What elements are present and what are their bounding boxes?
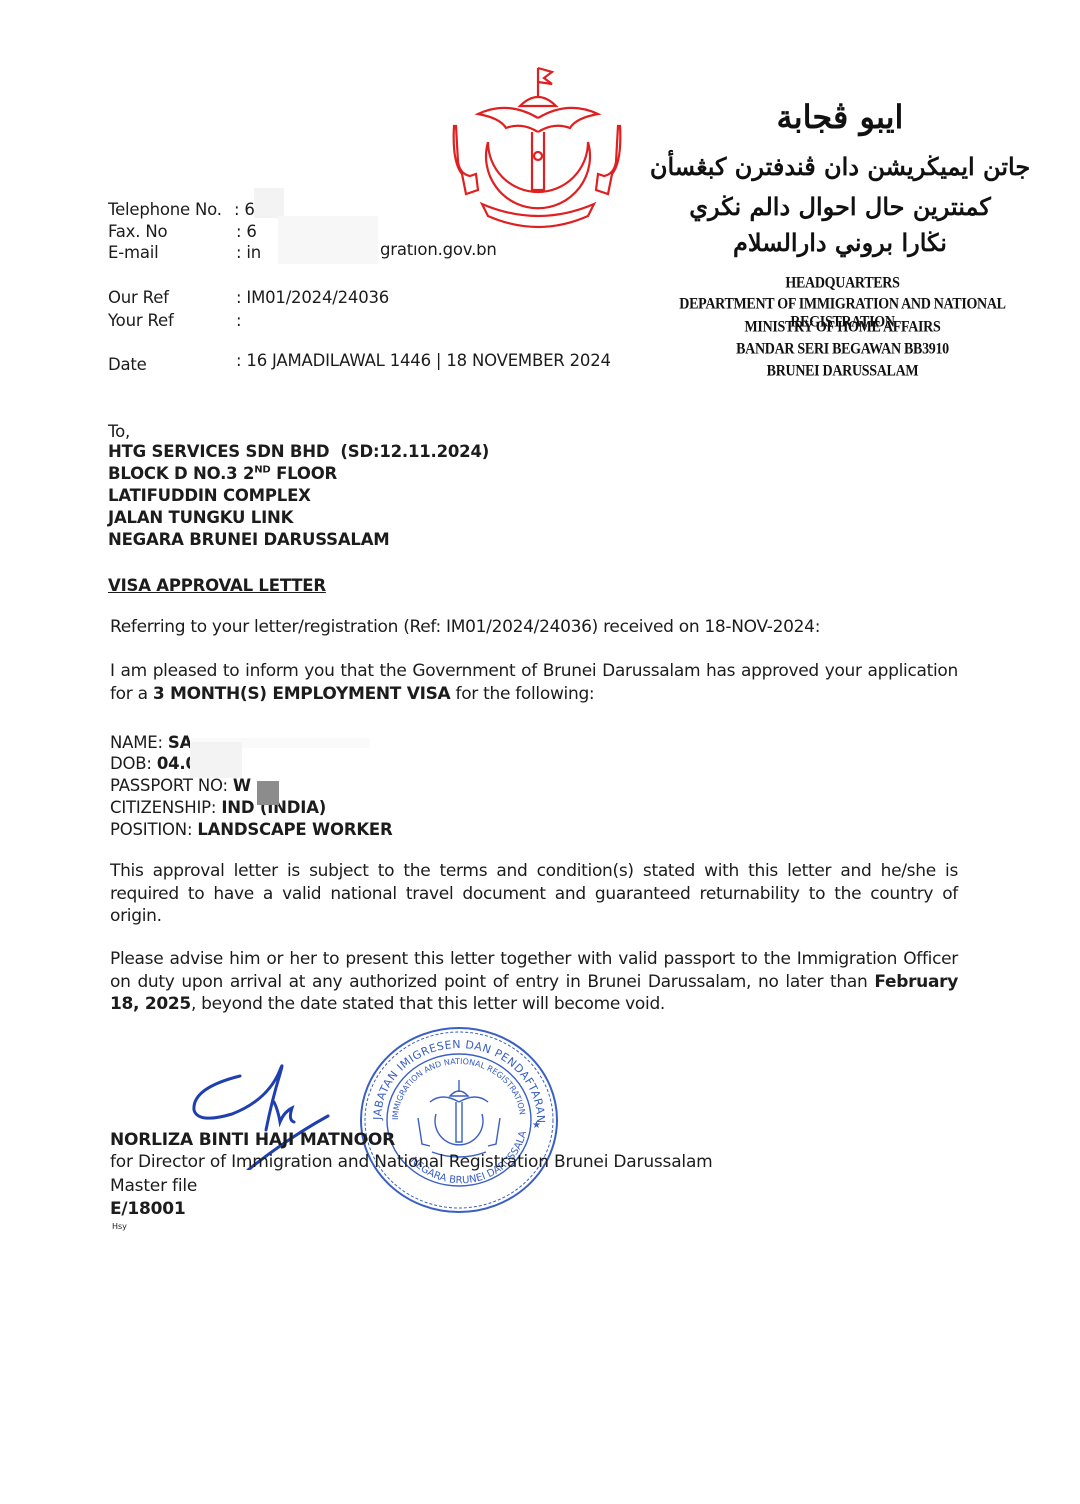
redaction-box xyxy=(257,781,279,805)
salutation: To, xyxy=(108,422,130,441)
email-value-end: gration.gov.bn xyxy=(380,240,497,259)
signatory-name: NORLIZA BINTI HAJI MATNOOR xyxy=(110,1130,395,1150)
brunei-crest-icon xyxy=(448,62,626,234)
recipient-address-line: LATIFUDDIN COMPLEX xyxy=(108,486,311,505)
jawi-department-title: ايبو ڤجابة xyxy=(640,98,1040,136)
recipient-address-line: NEGARA BRUNEI DARUSSALAM xyxy=(108,530,390,549)
jawi-heading-line: كمنترين حال احوال دالم نڬري xyxy=(640,192,1040,221)
advise-paragraph: Please advise him or her to present this… xyxy=(110,948,958,1016)
telephone-label: Telephone No. xyxy=(108,200,222,219)
recipient-company: HTG SERVICES SDN BHD (SD:12.11.2024) xyxy=(108,442,489,461)
our-ref-value: : IM01/2024/24036 xyxy=(236,288,389,307)
approval-paragraph: I am pleased to inform you that the Gove… xyxy=(110,660,958,705)
master-file-label: Master file xyxy=(110,1176,197,1196)
redaction-box xyxy=(190,742,242,778)
referring-paragraph: Referring to your letter/registration (R… xyxy=(110,616,958,639)
typist-initials: Hsy xyxy=(112,1222,127,1231)
redaction-box xyxy=(254,188,284,218)
telephone-value: : 6 xyxy=(234,200,255,219)
applicant-dob: DOB: 04.0 xyxy=(110,754,197,773)
country-name: BRUNEI DARUSSALAM xyxy=(660,363,1025,381)
jawi-heading-line: نڬارا بروني دارالسلام xyxy=(640,228,1040,257)
your-ref-label: Your Ref xyxy=(108,311,174,330)
date-label: Date xyxy=(108,355,147,374)
your-ref-value: : xyxy=(236,311,241,330)
fax-label: Fax. No xyxy=(108,222,167,241)
svg-text:★: ★ xyxy=(532,1120,541,1131)
our-ref-label: Our Ref xyxy=(108,288,169,307)
fax-value: : 6 xyxy=(236,222,257,241)
recipient-address-line: BLOCK D NO.3 2ND FLOOR xyxy=(108,464,337,483)
applicant-position: POSITION: LANDSCAPE WORKER xyxy=(110,820,393,839)
letter-subject: VISA APPROVAL LETTER xyxy=(108,576,326,595)
redaction-box xyxy=(278,216,378,264)
terms-paragraph: This approval letter is subject to the t… xyxy=(110,860,958,928)
file-number: E/18001 xyxy=(110,1199,186,1219)
hq-line: HEADQUARTERS xyxy=(660,275,1025,293)
email-label: E-mail xyxy=(108,243,159,262)
applicant-citizenship: CITIZENSHIP: IND (INDIA) xyxy=(110,798,326,817)
date-value: : 16 JAMADILAWAL 1446 | 18 NOVEMBER 2024 xyxy=(236,351,611,370)
email-value-start: : in xyxy=(236,243,261,262)
applicant-name: NAME: SA xyxy=(110,733,192,752)
ministry-name: MINISTRY OF HOME AFFAIRS xyxy=(660,319,1025,337)
recipient-address-line: JALAN TUNGKU LINK xyxy=(108,508,293,527)
jawi-heading-line: جاتن ايميڬريشن دان ڤندفترن كبڠسأن xyxy=(640,152,1040,181)
signatory-title: for Director of Immigration and National… xyxy=(110,1152,713,1172)
city-postcode: BANDAR SERI BEGAWAN BB3910 xyxy=(660,341,1025,359)
applicant-passport: PASSPORT NO: W xyxy=(110,776,251,795)
